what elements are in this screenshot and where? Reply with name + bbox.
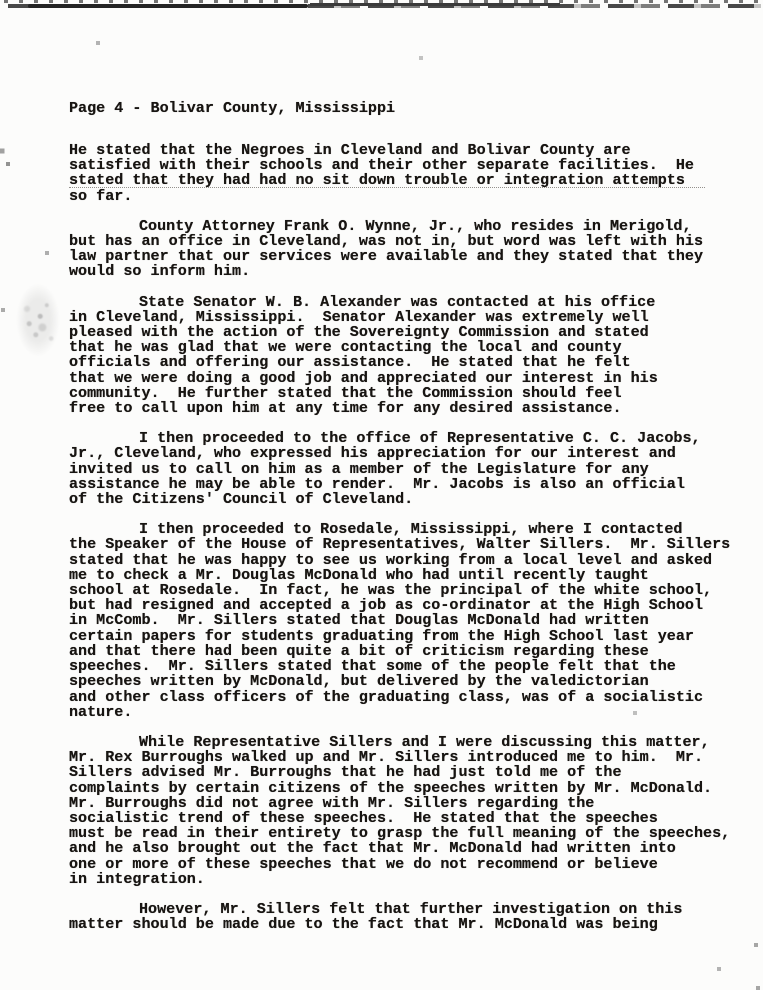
paragraph: He stated that the Negroes in Cleveland … bbox=[69, 143, 753, 204]
scanned-document-page: Page 4 - Bolivar County, Mississippi He … bbox=[0, 0, 763, 990]
paragraph: I then proceeded to Rosedale, Mississipp… bbox=[69, 522, 753, 720]
scan-dark-band bbox=[28, 4, 308, 8]
text-line: stated that they had had no sit down tro… bbox=[69, 173, 753, 188]
page-title: Page 4 - Bolivar County, Mississippi bbox=[69, 99, 395, 117]
speck-artifacts bbox=[0, 0, 2, 2]
scan-edge-artifact bbox=[0, 0, 763, 12]
scan-dotted-row bbox=[4, 0, 763, 3]
text-line: matter should be made due to the fact th… bbox=[69, 917, 753, 932]
paragraph: While Representative Sillers and I were … bbox=[69, 735, 753, 887]
text-line: nature. bbox=[69, 705, 753, 720]
text-line: of the Citizens' Council of Cleveland. bbox=[69, 492, 753, 507]
text-line: and other class officers of the graduati… bbox=[69, 690, 753, 705]
smudge-artifact bbox=[16, 283, 60, 357]
document-body: He stated that the Negroes in Cleveland … bbox=[69, 143, 753, 932]
scan-dash-row bbox=[8, 4, 761, 8]
paragraph: I then proceeded to the office of Repres… bbox=[69, 431, 753, 507]
text-line: in integration. bbox=[69, 872, 753, 887]
text-line: would so inform him. bbox=[69, 264, 753, 279]
paragraph: However, Mr. Sillers felt that further i… bbox=[69, 902, 753, 932]
paragraph: County Attorney Frank O. Wynne, Jr., who… bbox=[69, 219, 753, 280]
text-line: so far. bbox=[69, 189, 753, 204]
paragraph: State Senator W. B. Alexander was contac… bbox=[69, 295, 753, 417]
text-line: free to call upon him at any time for an… bbox=[69, 401, 753, 416]
scan-dark-band bbox=[310, 3, 560, 6]
